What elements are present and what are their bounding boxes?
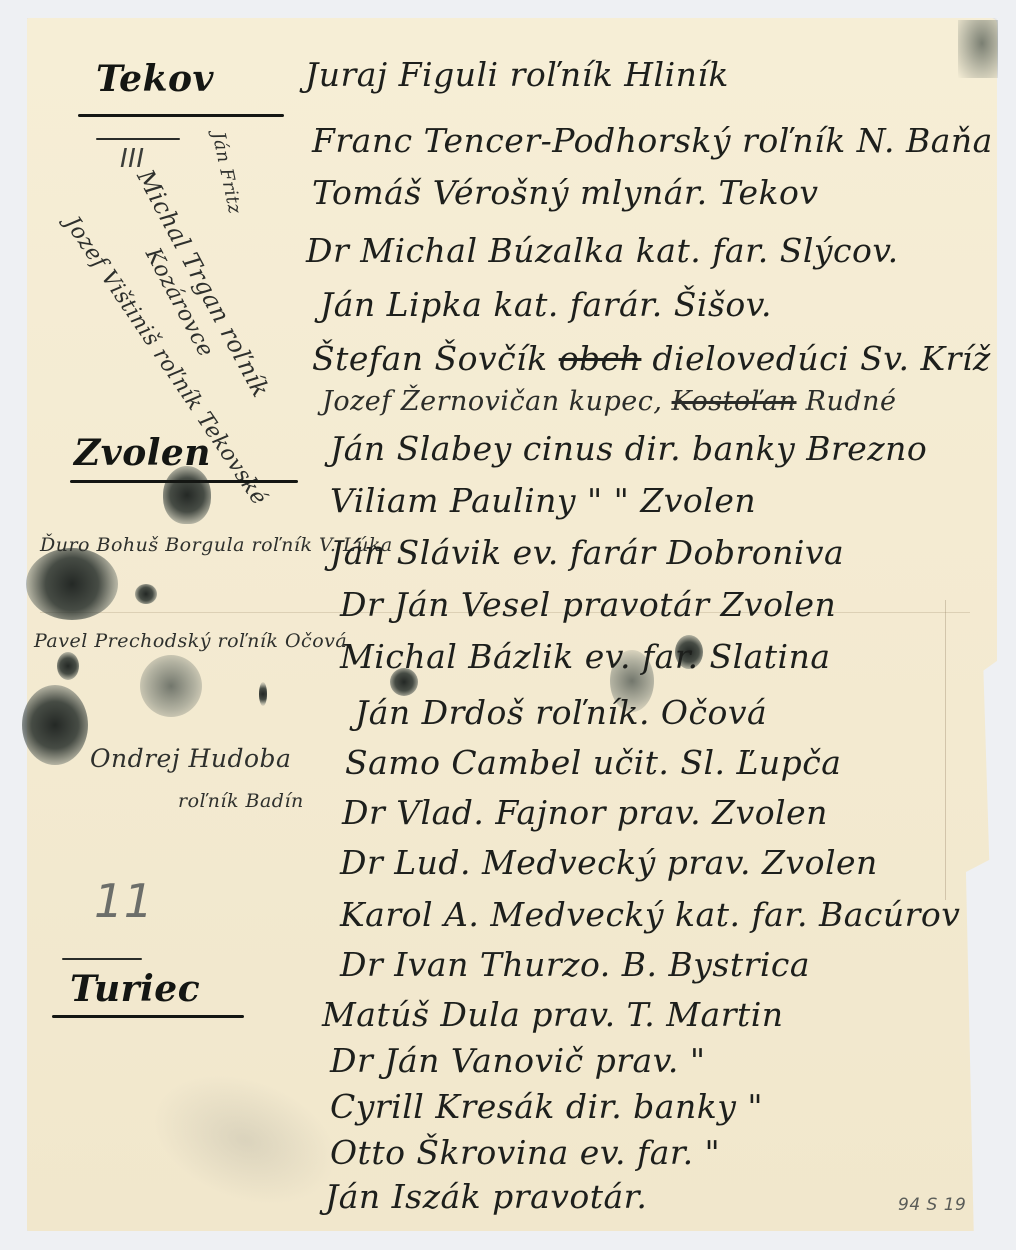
list-entry: Juraj Figuli roľník Hliník bbox=[305, 58, 729, 91]
ink-blot bbox=[26, 548, 118, 620]
list-entry: Franc Tencer-Podhorský roľník N. Baňa bbox=[312, 124, 993, 157]
list-entry: Dr Lud. Medvecký prav. Zvolen bbox=[340, 846, 878, 879]
scanned-document: Tekov III Ján Fritz Michal Trgan roľník … bbox=[0, 0, 1016, 1250]
ink-blot bbox=[259, 682, 267, 706]
list-entry: Dr Michal Búzalka kat. far. Slýcov. bbox=[306, 234, 899, 267]
list-entry: Dr Ivan Thurzo. B. Bystrica bbox=[340, 948, 810, 981]
struck-word: Kostoľan bbox=[672, 386, 797, 417]
heading-underline bbox=[52, 1015, 244, 1018]
list-entry: Jozef Žernovičan kupec, Kostoľan Rudné bbox=[322, 388, 896, 415]
list-entry: Dr Vlad. Fajnor prav. Zvolen bbox=[342, 796, 828, 829]
heading-underline bbox=[62, 958, 142, 960]
fold-line bbox=[945, 600, 946, 900]
heading-underline bbox=[70, 480, 298, 483]
list-entry: Otto Škrovina ev. far. " bbox=[330, 1136, 720, 1169]
list-entry: Štefan Šovčík obch dielovedúci Sv. Kríž bbox=[312, 342, 991, 375]
list-entry: Ján Lipka kat. farár. Šišov. bbox=[320, 288, 772, 321]
list-entry: Ján Iszák pravotár. bbox=[325, 1180, 647, 1213]
list-entry: Karol A. Medvecký kat. far. Bacúrov bbox=[340, 898, 960, 931]
struck-word: obch bbox=[559, 339, 642, 378]
list-entry: Dr Ján Vesel pravotár Zvolen bbox=[340, 588, 836, 621]
ink-blot bbox=[163, 466, 211, 524]
list-entry: Ján Slabey cinus dir. banky Brezno bbox=[330, 432, 927, 465]
corner-smudge bbox=[958, 20, 998, 78]
ink-blot bbox=[57, 652, 79, 680]
entry-rest: dielovedúci Sv. Kríž bbox=[652, 339, 990, 378]
entry-name: Štefan Šovčík bbox=[312, 339, 548, 378]
list-entry: Tomáš Vérošný mlynár. Tekov bbox=[312, 176, 819, 209]
margin-count: 11 bbox=[94, 874, 154, 928]
heading-underline bbox=[96, 138, 180, 140]
heading-underline bbox=[78, 114, 284, 117]
list-entry: Dr Ján Vanovič prav. " bbox=[330, 1044, 706, 1077]
entry-rest: Rudné bbox=[806, 386, 897, 417]
list-entry: Michal Bázlik ev. far. Slatina bbox=[340, 640, 831, 673]
list-entry: Viliam Pauliny " " Zvolen bbox=[330, 484, 756, 517]
ink-blot bbox=[140, 655, 202, 717]
ink-blot bbox=[135, 584, 157, 604]
list-entry: Cyrill Kresák dir. banky " bbox=[330, 1090, 763, 1123]
list-entry: Samo Cambel učit. Sl. Ľupča bbox=[345, 746, 841, 779]
list-entry: Ján Slávik ev. farár Dobroniva bbox=[330, 536, 844, 569]
list-entry: Matúš Dula prav. T. Martin bbox=[322, 998, 784, 1031]
margin-note: Ondrej Hudoba bbox=[90, 744, 291, 773]
margin-note: roľník Badín bbox=[178, 790, 304, 812]
entry-name: Jozef Žernovičan kupec, bbox=[322, 386, 662, 417]
district-heading-zvolen: Zvolen bbox=[74, 432, 211, 474]
district-heading-turiec: Turiec bbox=[70, 968, 200, 1010]
margin-count: III bbox=[120, 144, 145, 174]
district-heading-tekov: Tekov bbox=[96, 58, 214, 100]
margin-note: Pavel Prechodský roľník Očová bbox=[34, 630, 347, 652]
archive-number: 94 S 19 bbox=[898, 1195, 966, 1215]
ink-blot bbox=[22, 685, 88, 765]
list-entry: Ján Drdoš roľník. Očová bbox=[355, 696, 767, 729]
